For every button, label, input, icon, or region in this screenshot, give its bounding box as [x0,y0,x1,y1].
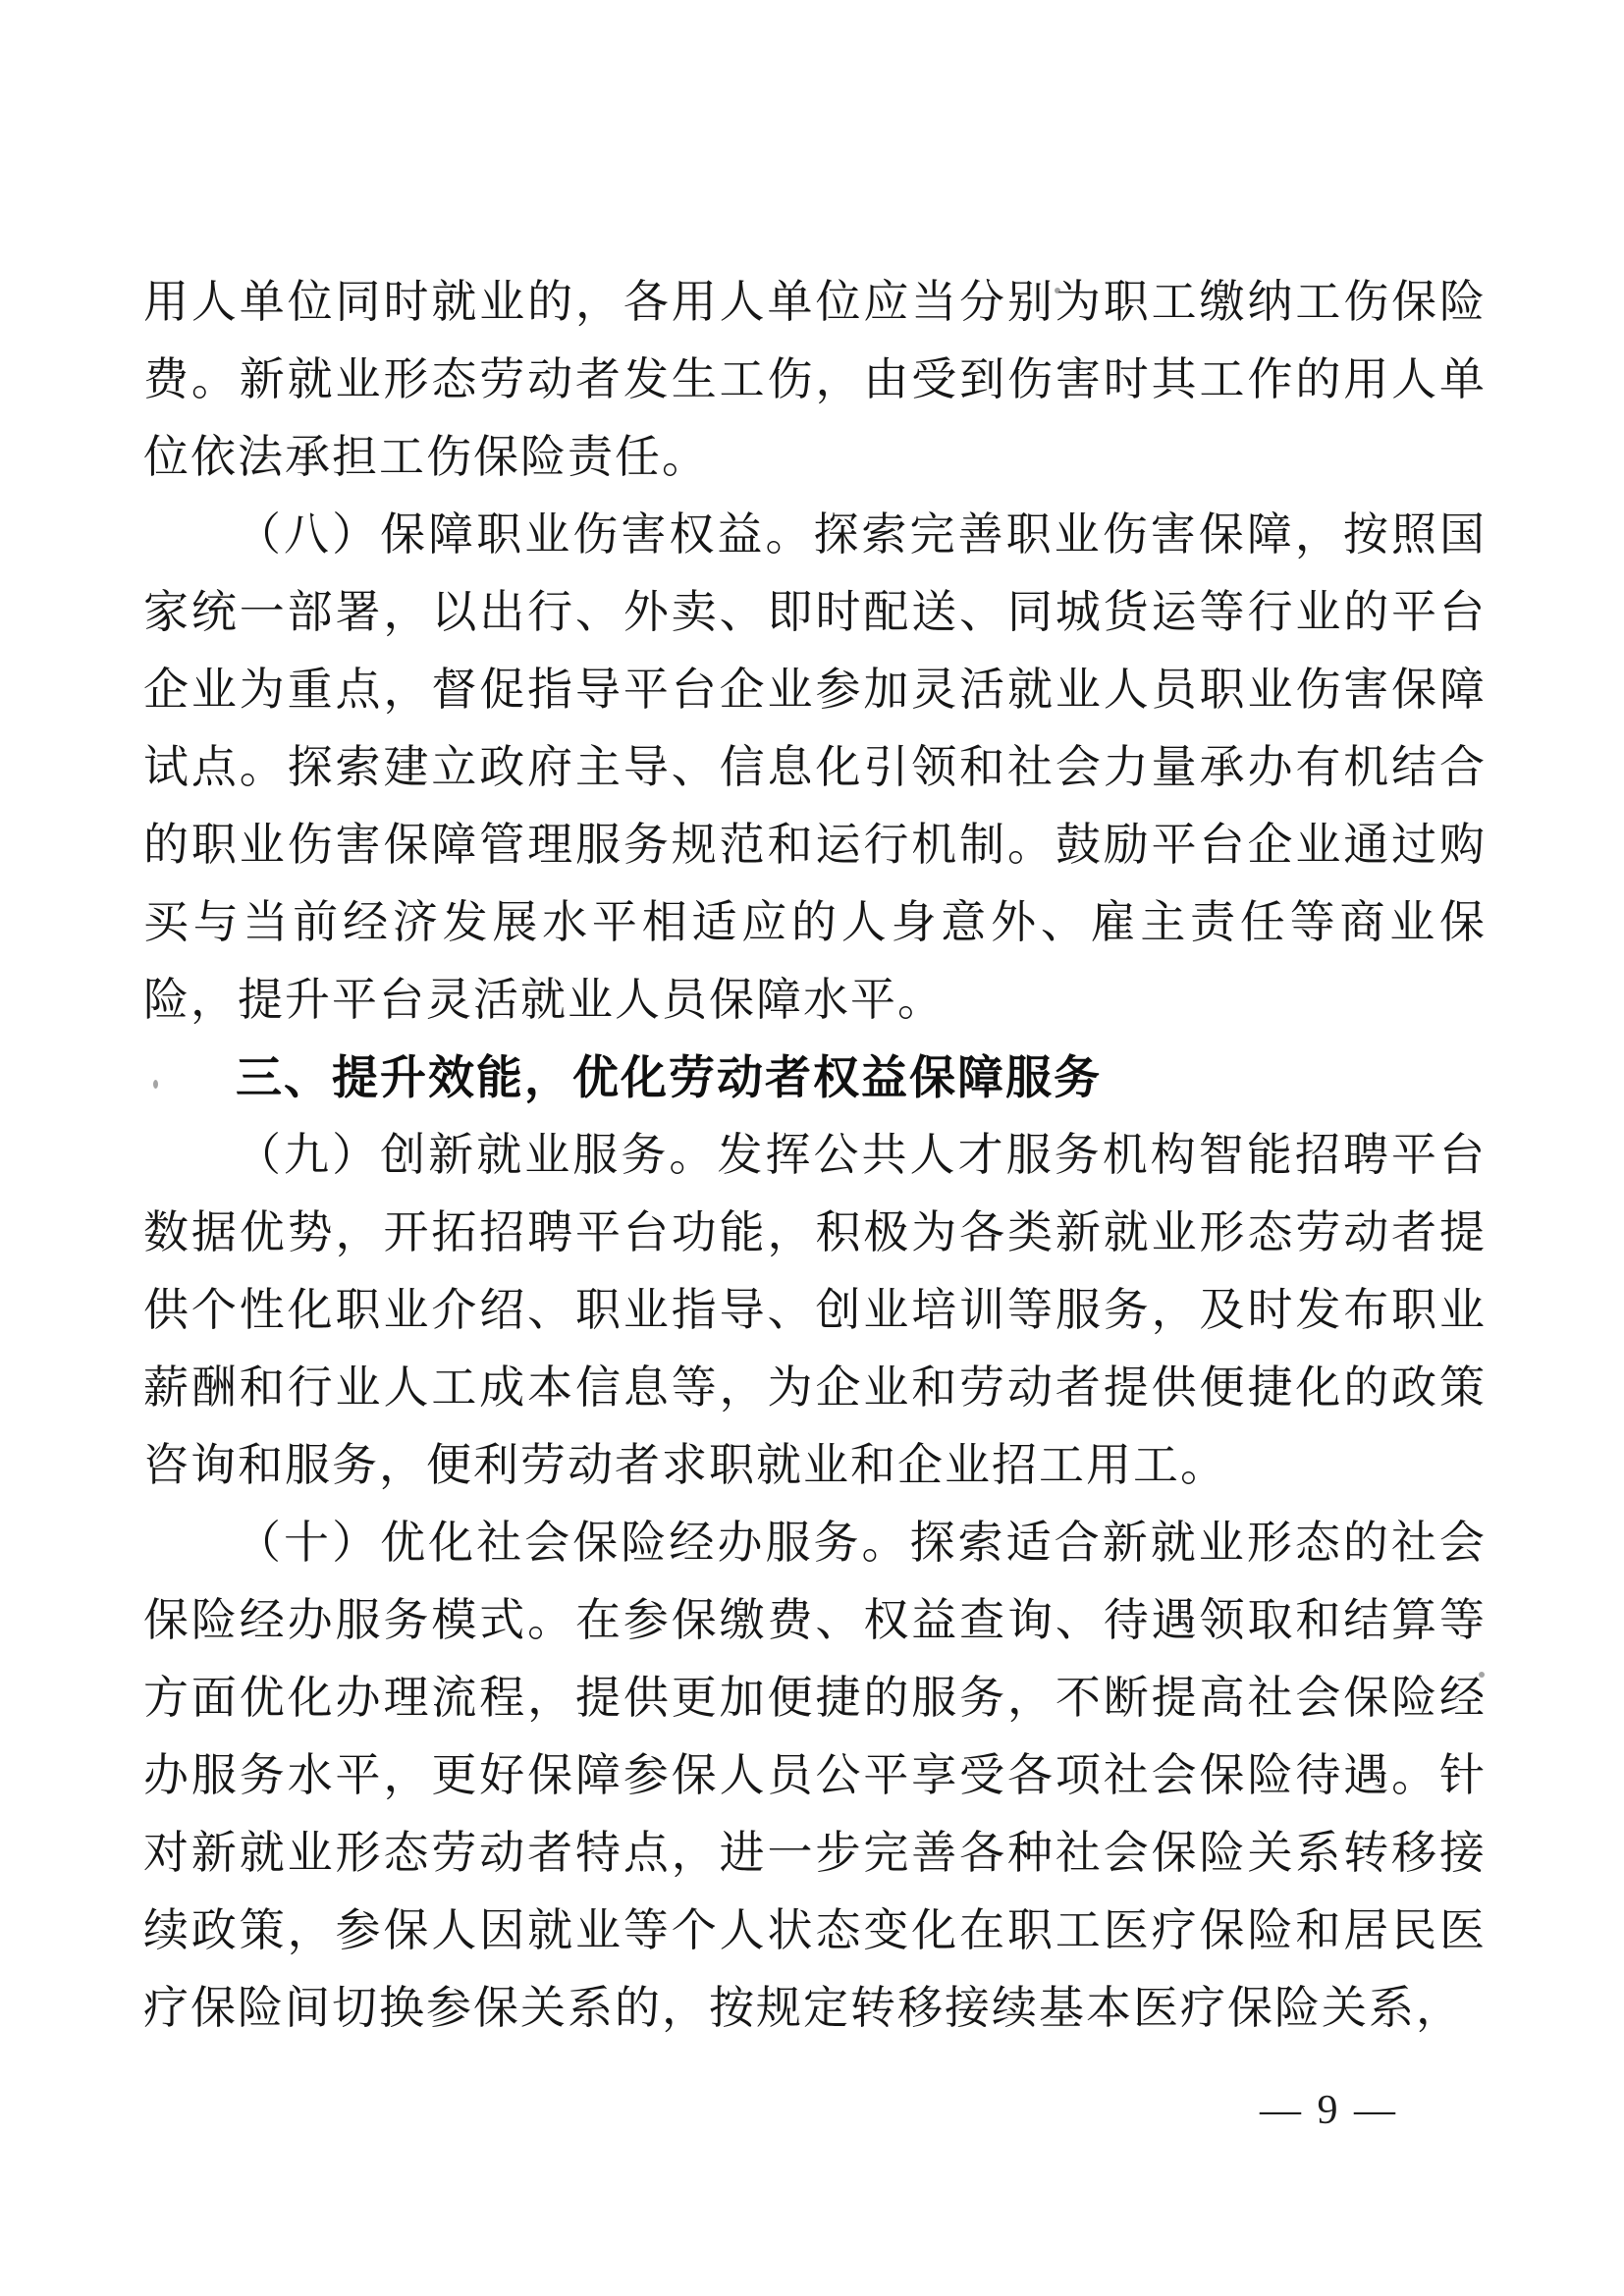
paragraph-item-9: （九）创新就业服务。发挥公共人才服务机构智能招聘平台数据优势，开拓招聘平台功能，… [143,1116,1487,1504]
scan-artifact-dot [153,1080,158,1089]
scanned-document-page: 用人单位同时就业的，各用人单位应当分别为职工缴纳工伤保险费。新就业形态劳动者发生… [0,0,1624,2296]
section-heading: 三、提升效能，优化劳动者权益保障服务 [143,1039,1487,1116]
scan-artifact-dot [1055,288,1060,294]
paragraph-continuation: 用人单位同时就业的，各用人单位应当分别为职工缴纳工伤保险费。新就业形态劳动者发生… [143,263,1487,496]
page-number: — 9 — [1260,2087,1398,2134]
document-body: 用人单位同时就业的，各用人单位应当分别为职工缴纳工伤保险费。新就业形态劳动者发生… [143,263,1487,2047]
paragraph-item-8: （八）保障职业伤害权益。探索完善职业伤害保障，按照国家统一部署，以出行、外卖、即… [143,496,1487,1039]
scan-artifact-dot [1479,1672,1485,1678]
paragraph-item-10: （十）优化社会保险经办服务。探索适合新就业形态的社会保险经办服务模式。在参保缴费… [143,1504,1487,2047]
